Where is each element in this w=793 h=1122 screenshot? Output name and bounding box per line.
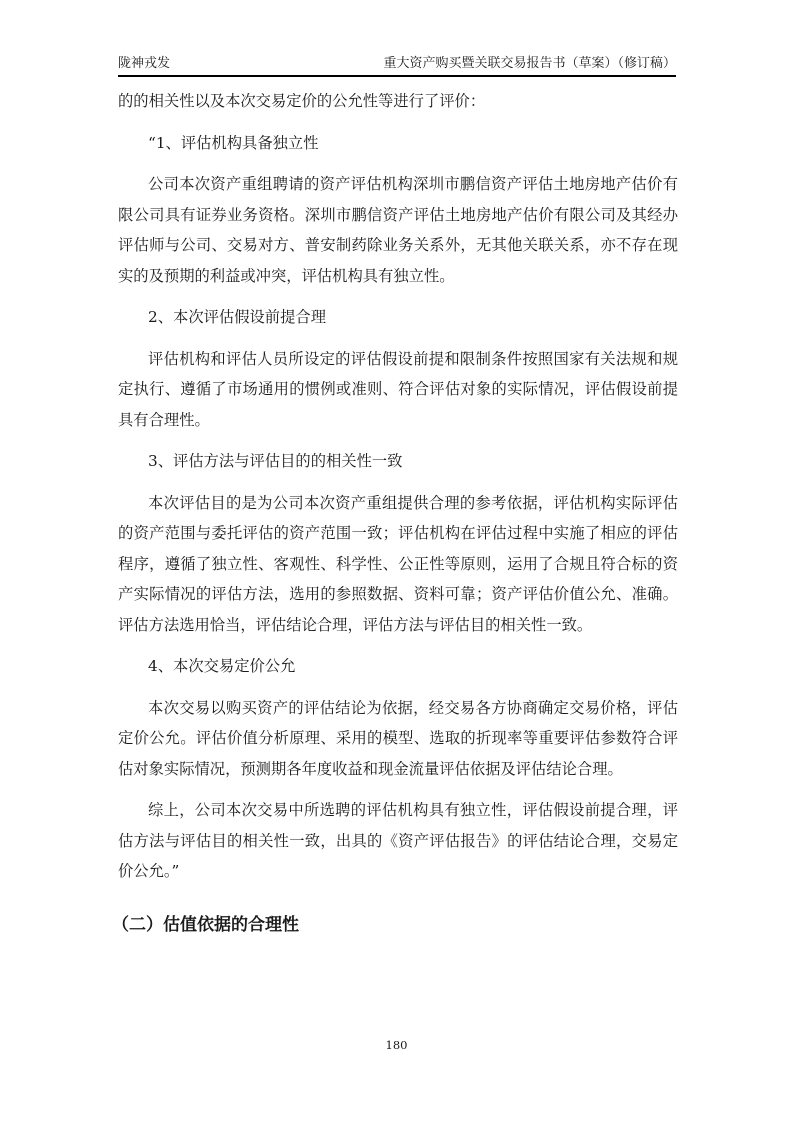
section-1-heading: “1、评估机构具备独立性 xyxy=(118,128,678,159)
section-4-paragraph: 本次交易以购买资产的评估结论为依据，经交易各方协商确定交易价格，评估定价公允。评… xyxy=(118,693,678,785)
header-company-name: 陇神戎发 xyxy=(118,55,170,73)
page-number: 180 xyxy=(0,1038,793,1052)
header-document-title: 重大资产购买暨关联交易报告书（草案）（修订稿） xyxy=(383,55,676,73)
section-3-heading: 3、评估方法与评估目的的相关性一致 xyxy=(118,446,678,477)
section-2-heading: 2、本次评估假设前提合理 xyxy=(118,302,678,333)
section-4-heading: 4、本次交易定价公允 xyxy=(118,651,678,682)
page-content: 的的相关性以及本次交易定价的公允性等进行了评价： “1、评估机构具备独立性 公司… xyxy=(118,86,678,939)
section-3-paragraph: 本次评估目的是为公司本次资产重组提供合理的参考依据，评估机构实际评估的资产范围与… xyxy=(118,488,678,641)
summary-paragraph: 综上，公司本次交易中所选聘的评估机构具有独立性，评估假设前提合理，评估方法与评估… xyxy=(118,795,678,887)
section-2-paragraph: 评估机构和评估人员所设定的评估假设前提和限制条件按照国家有关法规和规定执行、遵循… xyxy=(118,344,678,436)
section-1-paragraph: 公司本次资产重组聘请的资产评估机构深圳市鹏信资产评估土地房地产估价有限公司具有证… xyxy=(118,169,678,291)
lead-paragraph: 的的相关性以及本次交易定价的公允性等进行了评价： xyxy=(118,86,678,117)
page-header: 陇神戎发 重大资产购买暨关联交易报告书（草案）（修订稿） xyxy=(118,55,676,77)
subsection-heading: （二）估值依据的合理性 xyxy=(112,911,678,939)
